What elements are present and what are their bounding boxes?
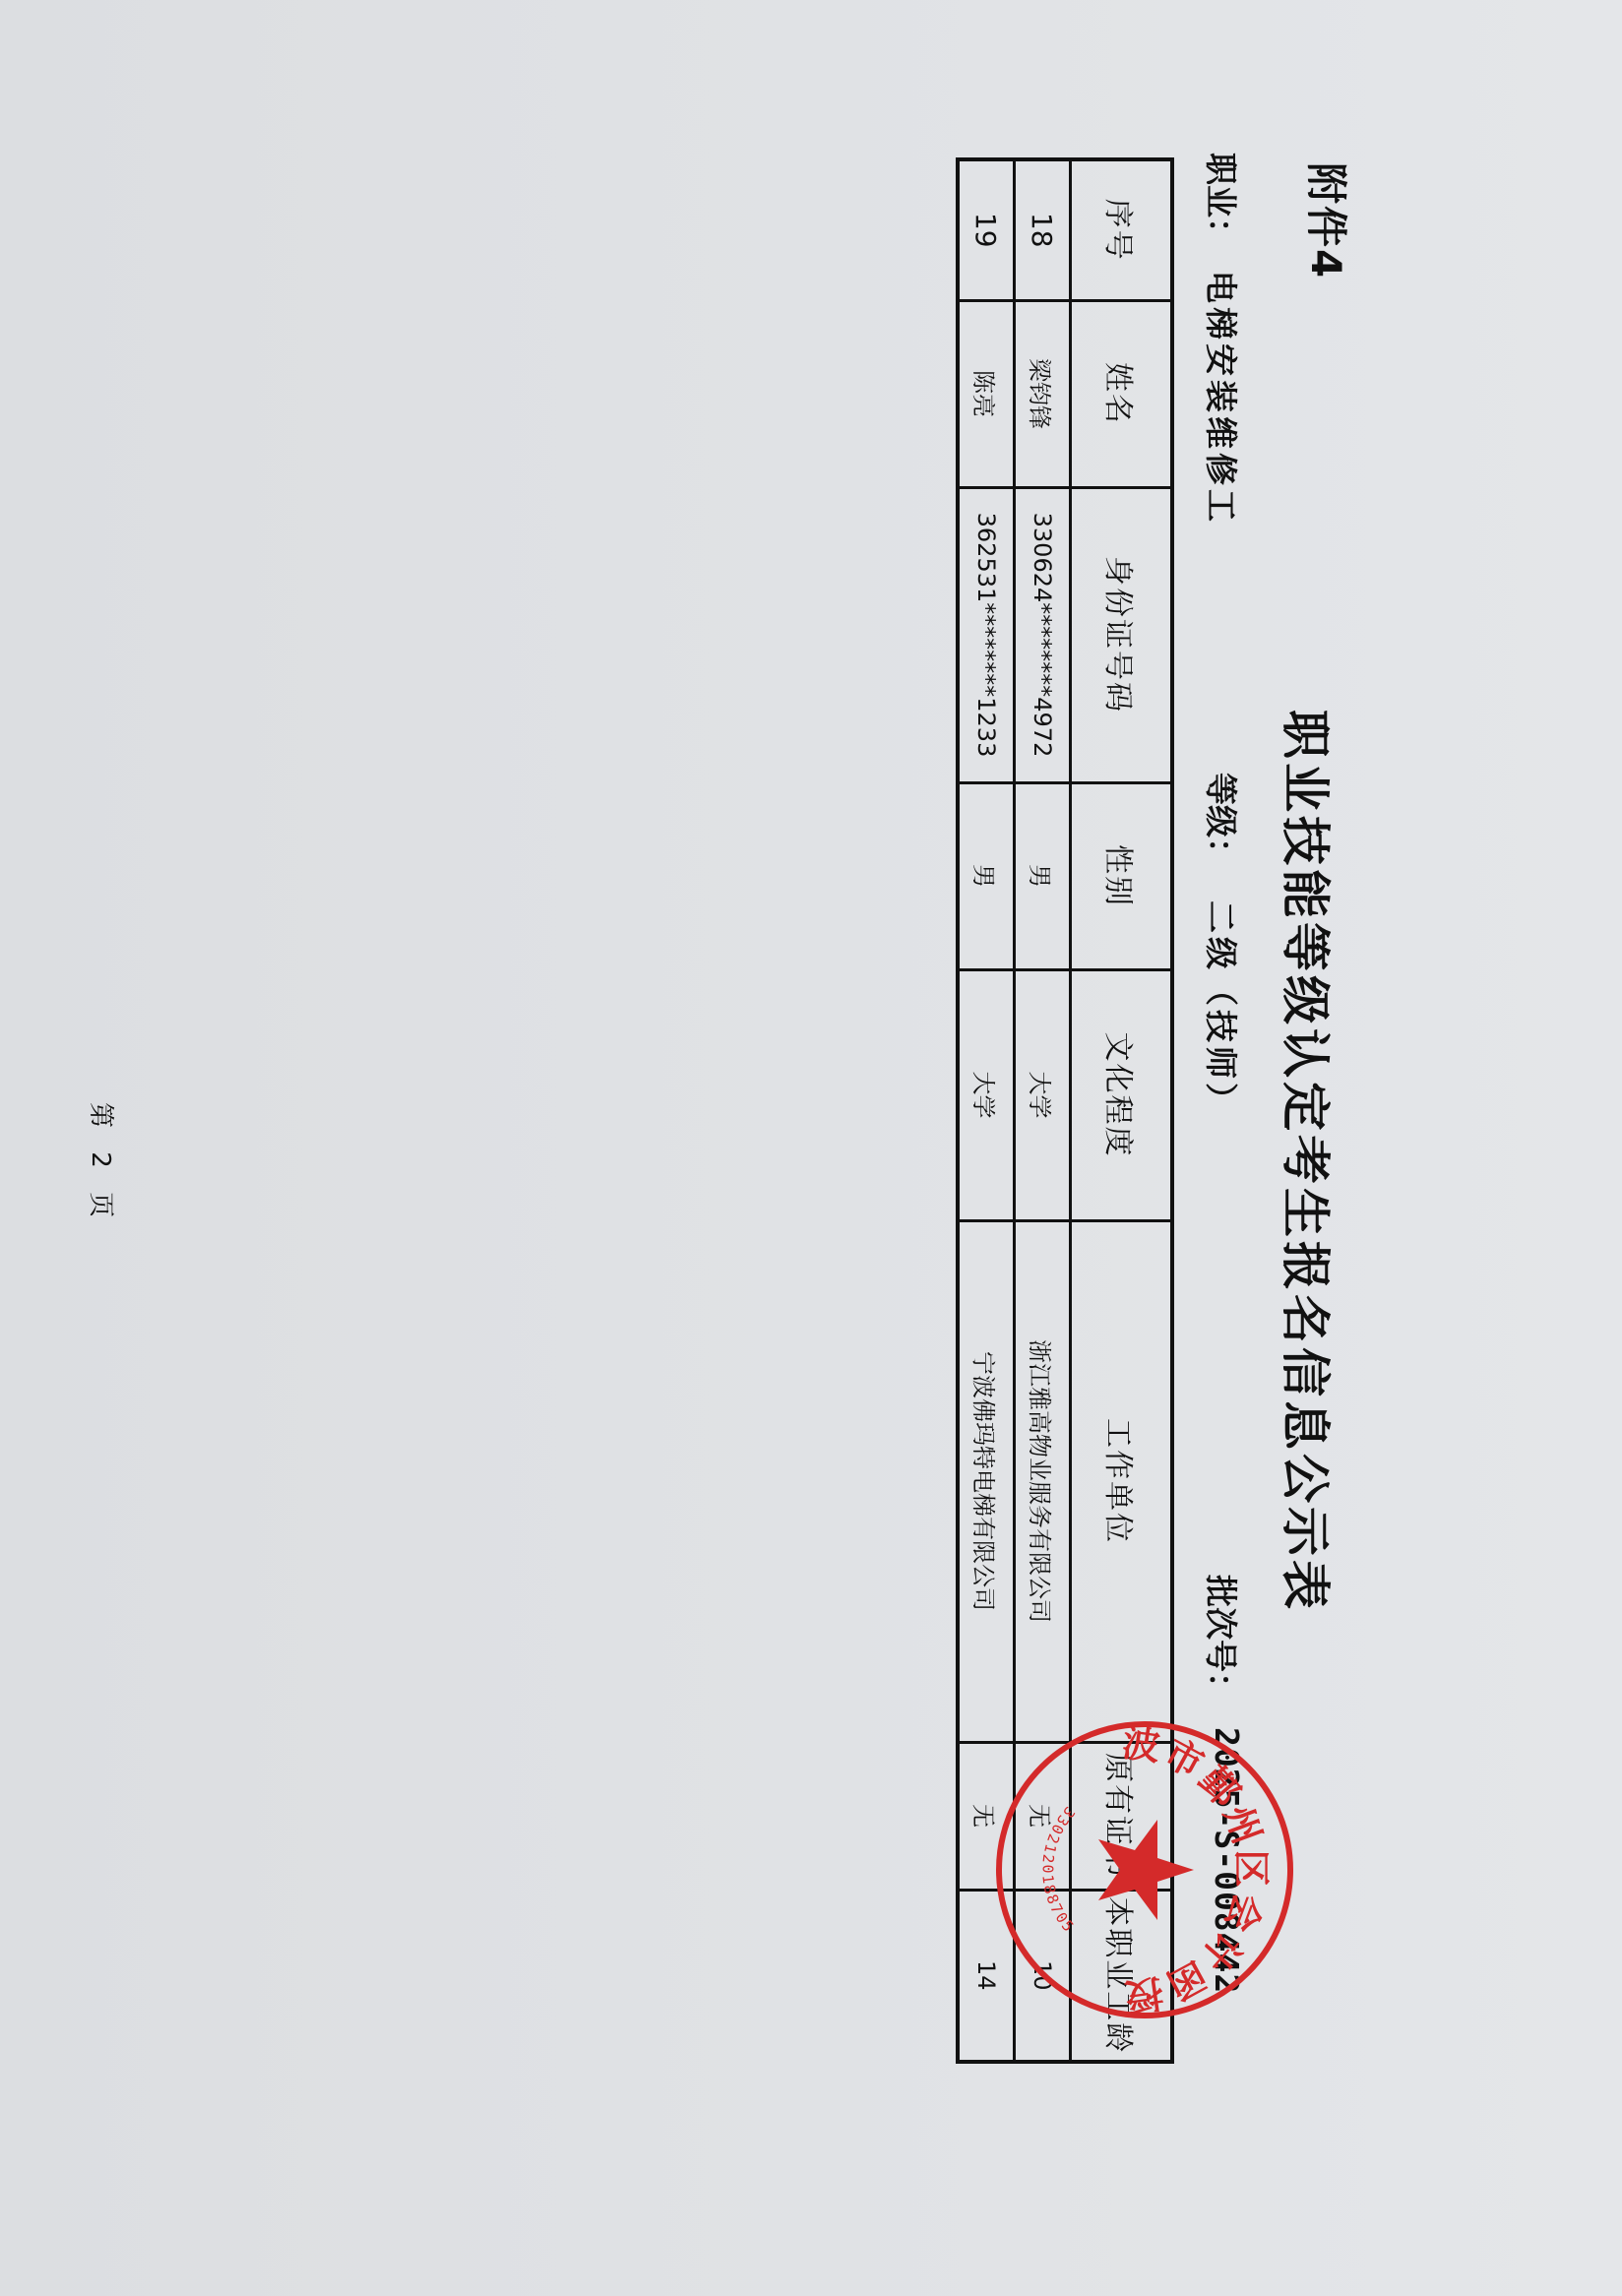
column-header: 工作单位 [1071, 1220, 1173, 1742]
attachment-label: 附件4 [1299, 162, 1358, 279]
candidate-table: 序号 姓名 身份证号码 性别 文化程度 工作单位 原有证书 本职业工龄 18 梁… [956, 157, 1174, 2064]
level-label: 等级： [1200, 773, 1246, 870]
column-header: 身份证号码 [1071, 487, 1173, 782]
cell-employer: 宁波佛玛特电梯有限公司 [958, 1220, 1015, 1742]
cell-id-number: 330624********4972 [1015, 487, 1071, 782]
cell-seq: 19 [958, 159, 1015, 300]
batch-value: 2025-S-008442 [1208, 1727, 1246, 1994]
cell-id-number: 362531********1233 [958, 487, 1015, 782]
column-header: 本职业工龄 [1071, 1890, 1173, 2062]
cell-gender: 男 [1015, 782, 1071, 969]
occupation-value: 电梯安装维修工 [1200, 271, 1246, 526]
cell-years-in-occupation: 14 [958, 1890, 1015, 2062]
column-header: 原有证书 [1071, 1742, 1173, 1890]
column-header: 序号 [1071, 159, 1173, 300]
cell-prior-certificate: 无 [1015, 1742, 1071, 1890]
cell-name: 梁钧锋 [1015, 300, 1071, 487]
cell-years-in-occupation: 10 [1015, 1890, 1071, 2062]
table-row: 18 梁钧锋 330624********4972 男 大学 浙江雅高物业服务有… [1015, 159, 1071, 2062]
document-page: 附件4 职业技能等级认定考生报名信息公示表 职业： 电梯安装维修工 等级： 二级… [0, 0, 1622, 2296]
cell-gender: 男 [958, 782, 1015, 969]
cell-prior-certificate: 无 [958, 1742, 1015, 1890]
cell-education: 大学 [958, 969, 1015, 1220]
document-title: 职业技能等级认定考生报名信息公示表 [1274, 669, 1344, 1653]
cell-employer: 浙江雅高物业服务有限公司 [1015, 1220, 1071, 1742]
column-header: 文化程度 [1071, 969, 1173, 1220]
table-row: 19 陈亮 362531********1233 男 大学 宁波佛玛特电梯有限公… [958, 159, 1015, 2062]
occupation-label: 职业： [1200, 153, 1246, 250]
meta-row: 职业： 电梯安装维修工 等级： 二级（技师） 批次号： 2025-S-00844… [1201, 153, 1246, 1826]
table-header-row: 序号 姓名 身份证号码 性别 文化程度 工作单位 原有证书 本职业工龄 [1071, 159, 1173, 2062]
cell-seq: 18 [1015, 159, 1071, 300]
cell-education: 大学 [1015, 969, 1071, 1220]
column-header: 姓名 [1071, 300, 1173, 487]
page-number: 第 2 页 [85, 1102, 121, 1225]
cell-name: 陈亮 [958, 300, 1015, 487]
column-header: 性别 [1071, 782, 1173, 969]
level-value: 二级（技师） [1200, 900, 1246, 1119]
batch-label: 批次号： [1200, 1575, 1246, 1705]
